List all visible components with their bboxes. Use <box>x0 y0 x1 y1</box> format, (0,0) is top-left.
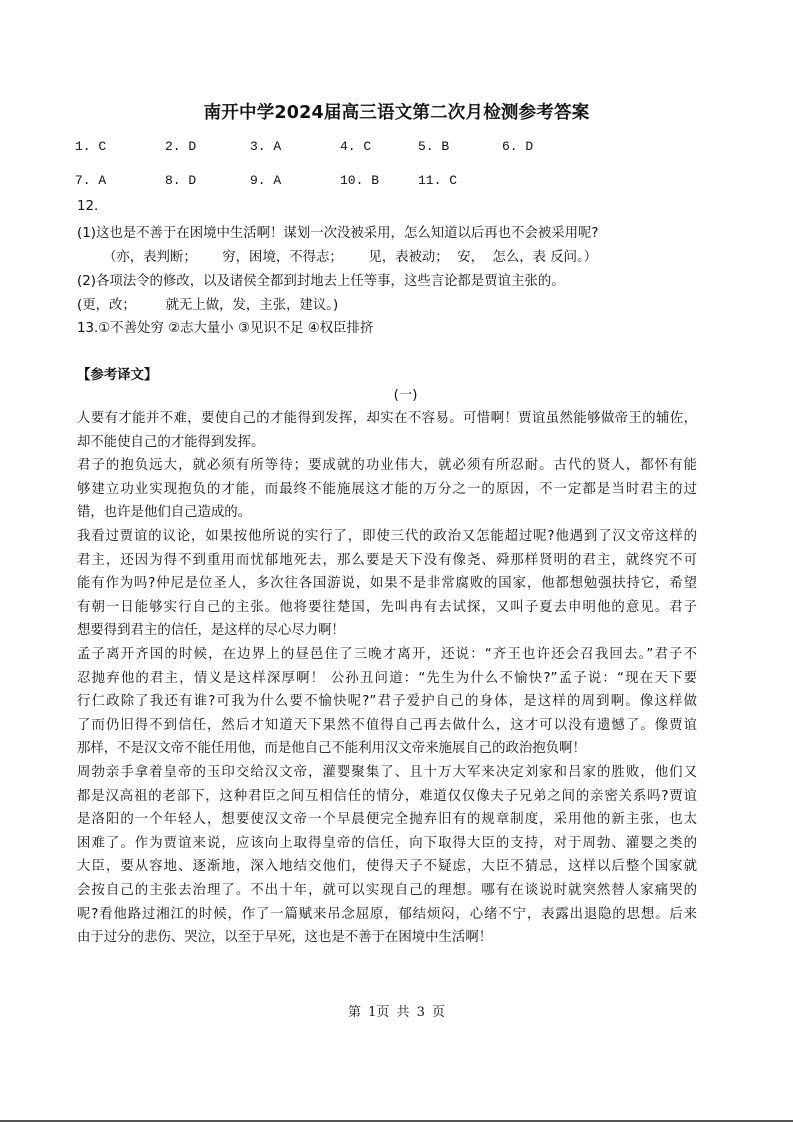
page-footer: 第 1页 共 3 页 <box>0 1001 793 1020</box>
paragraph-line: 周勃亲手拿着皇帝的玉印交给汉文帝，灌婴聚集了、且十万大军来决定刘家和吕家的胜败，… <box>77 761 697 780</box>
mc-answer: 3. A <box>250 139 281 154</box>
mc-answer: 10. B <box>340 173 379 188</box>
mc-answer: 9. A <box>250 173 281 188</box>
paragraph-line: 够建立功业实现抱负的才能，而最终不能施展这才能的万分之一的原因，不一定都是当时君… <box>77 478 697 497</box>
q12-number: 12. <box>77 199 98 214</box>
paragraph-line: 都是汉高祖的老部下，这种君臣之间互相信任的情分，难道仅仅像夫子兄弟之间的亲密关系… <box>77 785 697 804</box>
paragraph-line: 孟子离开齐国的时候，在边界上的昼邑住了三晚才离开，还说：“齐王也许还会召我回去。… <box>77 643 697 662</box>
paragraph-line: 却不能使自己的才能得到发挥。 <box>77 431 697 450</box>
mc-answer: 8. D <box>165 173 196 188</box>
paragraph-line: 错，也许是他们自己造成的。 <box>77 501 697 520</box>
mc-answer: 5. B <box>418 139 449 154</box>
paragraph-line: 是洛阳的一个年轻人，想要使汉文帝一个早晨便完全抛弃旧有的规章制度，采用他的新主张… <box>77 808 697 827</box>
paragraph-line: 呢?看他路过湘江的时候，作了一篇赋来吊念屈原，郁结烦闷，心绪不宁，表露出退隐的思… <box>77 903 697 922</box>
paragraph-line: 能有作为吗?仲尼是位圣人，多次往各国游说，如果不是非常腐败的国家，他都想勉强扶持… <box>77 572 697 591</box>
paragraph-line: 行仁政除了我还有谁?可我为什么要不愉快呢?”君子爱护自己的身体，是这样的周到啊。… <box>77 690 697 709</box>
paragraph-line: 君主，还因为得不到重用而忧郁地死去，那么要是天下没有像尧、舜那样贤明的君主，就终… <box>77 549 697 568</box>
mc-answer: 6. D <box>502 139 533 154</box>
mc-answer: 4. C <box>340 139 371 154</box>
paragraph-line: 大臣，要从容地、逐渐地，深入地结交他们，使得天子不疑虑，大臣不猜忌，这样以后整个… <box>77 855 697 874</box>
q12-part1-note: （亦，表判断； 穷，困境，不得志； 见，表被动； 安， 怎么，表 反问。） <box>103 246 597 265</box>
paragraph-line: 困难了。作为贾谊来说，应该向上取得皇帝的信任，向下取得大臣的支持，对于周勃、灌婴… <box>77 832 697 851</box>
paragraph-line: 有朝一日能够实行自己的主张。他将要往楚国，先叫冉有去试探，又叫子夏去申明他的意见… <box>77 596 697 615</box>
translation-heading: 【参考译文】 <box>77 364 157 383</box>
q13-answer: 13.①不善处穷 ②志大量小 ③见识不足 ④权臣排挤 <box>77 317 373 336</box>
q12-part2: (2)各项法令的修改，以及诸侯全都到封地去上任等事，这些言论都是贾谊主张的。 <box>77 270 565 289</box>
paragraph-line: 会按自己的主张去治理了。不出十年，就可以实现自己的理想。哪有在谈说时就突然替人家… <box>77 879 697 898</box>
paragraph-line: 人要有才能并不难，要使自己的才能得到发挥，却实在不容易。可惜啊！贾谊虽然能够做帝… <box>77 407 697 426</box>
paragraph-line: 了而仍旧得不到信任，然后才知道天下果然不值得自己再去做什么，这才可以没有遗憾了。… <box>77 714 697 733</box>
mc-answer: 11. C <box>418 173 457 188</box>
mc-answer: 7. A <box>75 173 106 188</box>
paragraph-line: 那样，不是汉文帝不能任用他，而是他自己不能利用汉文帝来施展自己的政治抱负啊！ <box>77 737 697 756</box>
mc-answer: 2. D <box>165 139 196 154</box>
q12-part1: (1)这也是不善于在困境中生活啊！谋划一次没被采用，怎么知道以后再也不会被采用呢… <box>77 222 599 241</box>
paragraph-line: 想要得到君主的信任，是这样的尽心尽力啊！ <box>77 619 697 638</box>
document-title: 南开中学2024届高三语文第二次月检测参考答案 <box>0 99 793 124</box>
mc-answer: 1. C <box>75 139 106 154</box>
paragraph-line: 我看过贾谊的议论，如果按他所说的实行了，即使三代的政治又怎能超过呢?他遇到了汉文… <box>77 525 697 544</box>
q12-part2-note: (更，改； 就无上做，发，主张，建议。) <box>77 294 338 313</box>
paragraph-line: 忍抛弃他的君主，情义是这样深厚啊！ 公孙丑问道：“先生为什么不愉快?”孟子说：“… <box>77 667 697 686</box>
section-mark: (一) <box>0 384 793 403</box>
paragraph-line: 君子的抱负远大，就必须有所等待；要成就的功业伟大，就必须有所忍耐。古代的贤人，都… <box>77 454 697 473</box>
paragraph-line: 由于过分的悲伤、哭泣，以至于早死，这也是不善于在困境中生活啊！ <box>77 926 697 945</box>
document-page: 南开中学2024届高三语文第二次月检测参考答案 1. C2. D3. A4. C… <box>0 0 793 1122</box>
